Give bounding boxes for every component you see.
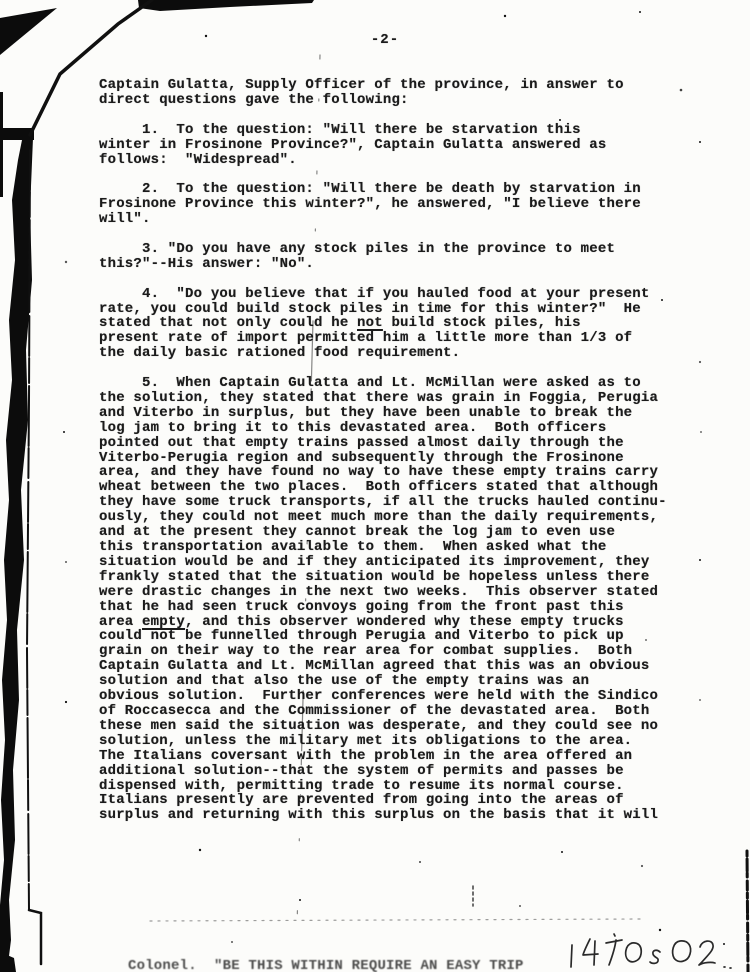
text-line: will". (99, 212, 691, 227)
document-page: -2- Captain Gulatta, Supply Officer of t… (0, 0, 750, 972)
handwritten-digit-0 (626, 943, 642, 962)
scan-left-band (0, 138, 33, 972)
scan-left-bar (0, 128, 34, 140)
text-line: this transportation available to them. W… (99, 540, 691, 555)
text-line: and Viterbo in surplus, but they have be… (99, 406, 691, 421)
text-line: direct questions gave the following: (99, 93, 691, 108)
scan-bottom-left-blob (0, 952, 16, 972)
text-line: pointed out that empty trains passed alm… (99, 436, 691, 451)
text-line: winter in Frosinone Province?", Captain … (99, 138, 691, 153)
text-line: surplus and returning with this surplus … (99, 808, 691, 823)
scan-dotted-rule (150, 919, 640, 921)
text-line: Frosinone Province this winter?", he ans… (99, 197, 691, 212)
text-line: these men said the situation was despera… (99, 719, 691, 734)
paragraph-3: 3. "Do you have any stock piles in the p… (99, 242, 691, 272)
handwritten-digit-7 (606, 934, 622, 965)
handwritten-letter-s (650, 950, 660, 963)
handwritten-digit-4 (583, 939, 598, 965)
text-line: solution, unless the military met its ob… (99, 734, 691, 749)
scan-left-strip (0, 92, 3, 197)
page-number: -2- (99, 32, 671, 48)
text-line: the daily basic rationed food requiremen… (99, 346, 691, 361)
text-line: Captain Gulatta and Lt. McMillan agreed … (99, 659, 691, 674)
text-line: additional solution--that the system of … (99, 764, 691, 779)
handwritten-digit-2 (699, 941, 715, 965)
intro-paragraph: Captain Gulatta, Supply Officer of the p… (99, 78, 691, 108)
handwritten-dots (724, 967, 731, 968)
paragraph-4: 4. "Do you believe that if you hauled fo… (99, 287, 691, 362)
text-line: the solution, they stated that there was… (99, 391, 691, 406)
text-line: solution and that also the use of the em… (99, 674, 691, 689)
text-line: situation would be and if they anticipat… (99, 555, 691, 570)
text-line: ously, they could not meet much more tha… (99, 510, 691, 525)
text-line: 4. "Do you believe that if you hauled fo… (99, 287, 691, 302)
text-line: this?"--His answer: "No". (99, 257, 691, 272)
text-line: 1. To the question: "Will there be starv… (99, 123, 691, 138)
text-line: were drastic changes in the next two wee… (99, 585, 691, 600)
text-line: of Roccasecca and the Commissioner of th… (99, 704, 691, 719)
paragraph-1: 1. To the question: "Will there be starv… (99, 123, 691, 168)
scan-left-line-jog (29, 910, 41, 964)
text-line: The Italians coversant with the problem … (99, 749, 691, 764)
text-line: log jam to bring it to this devastated a… (99, 421, 691, 436)
scan-top-bar (138, 0, 314, 11)
text-line: they have some truck transports, if all … (99, 495, 691, 510)
scan-corner-triangle (0, 8, 57, 55)
scan-left-line (27, 150, 30, 910)
document-body: Captain Gulatta, Supply Officer of the p… (99, 78, 691, 838)
text-line: that he had seen truck convoys going fro… (99, 600, 691, 615)
text-line: 3. "Do you have any stock piles in the p… (99, 242, 691, 257)
handwritten-digit-0b (673, 941, 691, 962)
paragraph-5: 5. When Captain Gulatta and Lt. McMillan… (99, 376, 691, 823)
text-line: obvious solution. Further conferences we… (99, 689, 691, 704)
text-line: Captain Gulatta, Supply Officer of the p… (99, 78, 691, 93)
text-line: frankly stated that the situation would … (99, 570, 691, 585)
paragraph-2: 2. To the question: "Will there be death… (99, 182, 691, 227)
cutoff-bottom-line: Colonel. "BE THIS WITHIN REQUIRE AN EASY… (128, 958, 568, 972)
scan-right-edge-line (747, 851, 748, 972)
text-line: 2. To the question: "Will there be death… (99, 182, 691, 197)
text-line: 5. When Captain Gulatta and Lt. McMillan… (99, 376, 691, 391)
text-line: follows: "Widespread". (99, 153, 691, 168)
text-line: and at the present they cannot break the… (99, 525, 691, 540)
text-line: present rate of import permitted him a l… (99, 331, 691, 346)
handwritten-tick-mark (571, 945, 572, 967)
